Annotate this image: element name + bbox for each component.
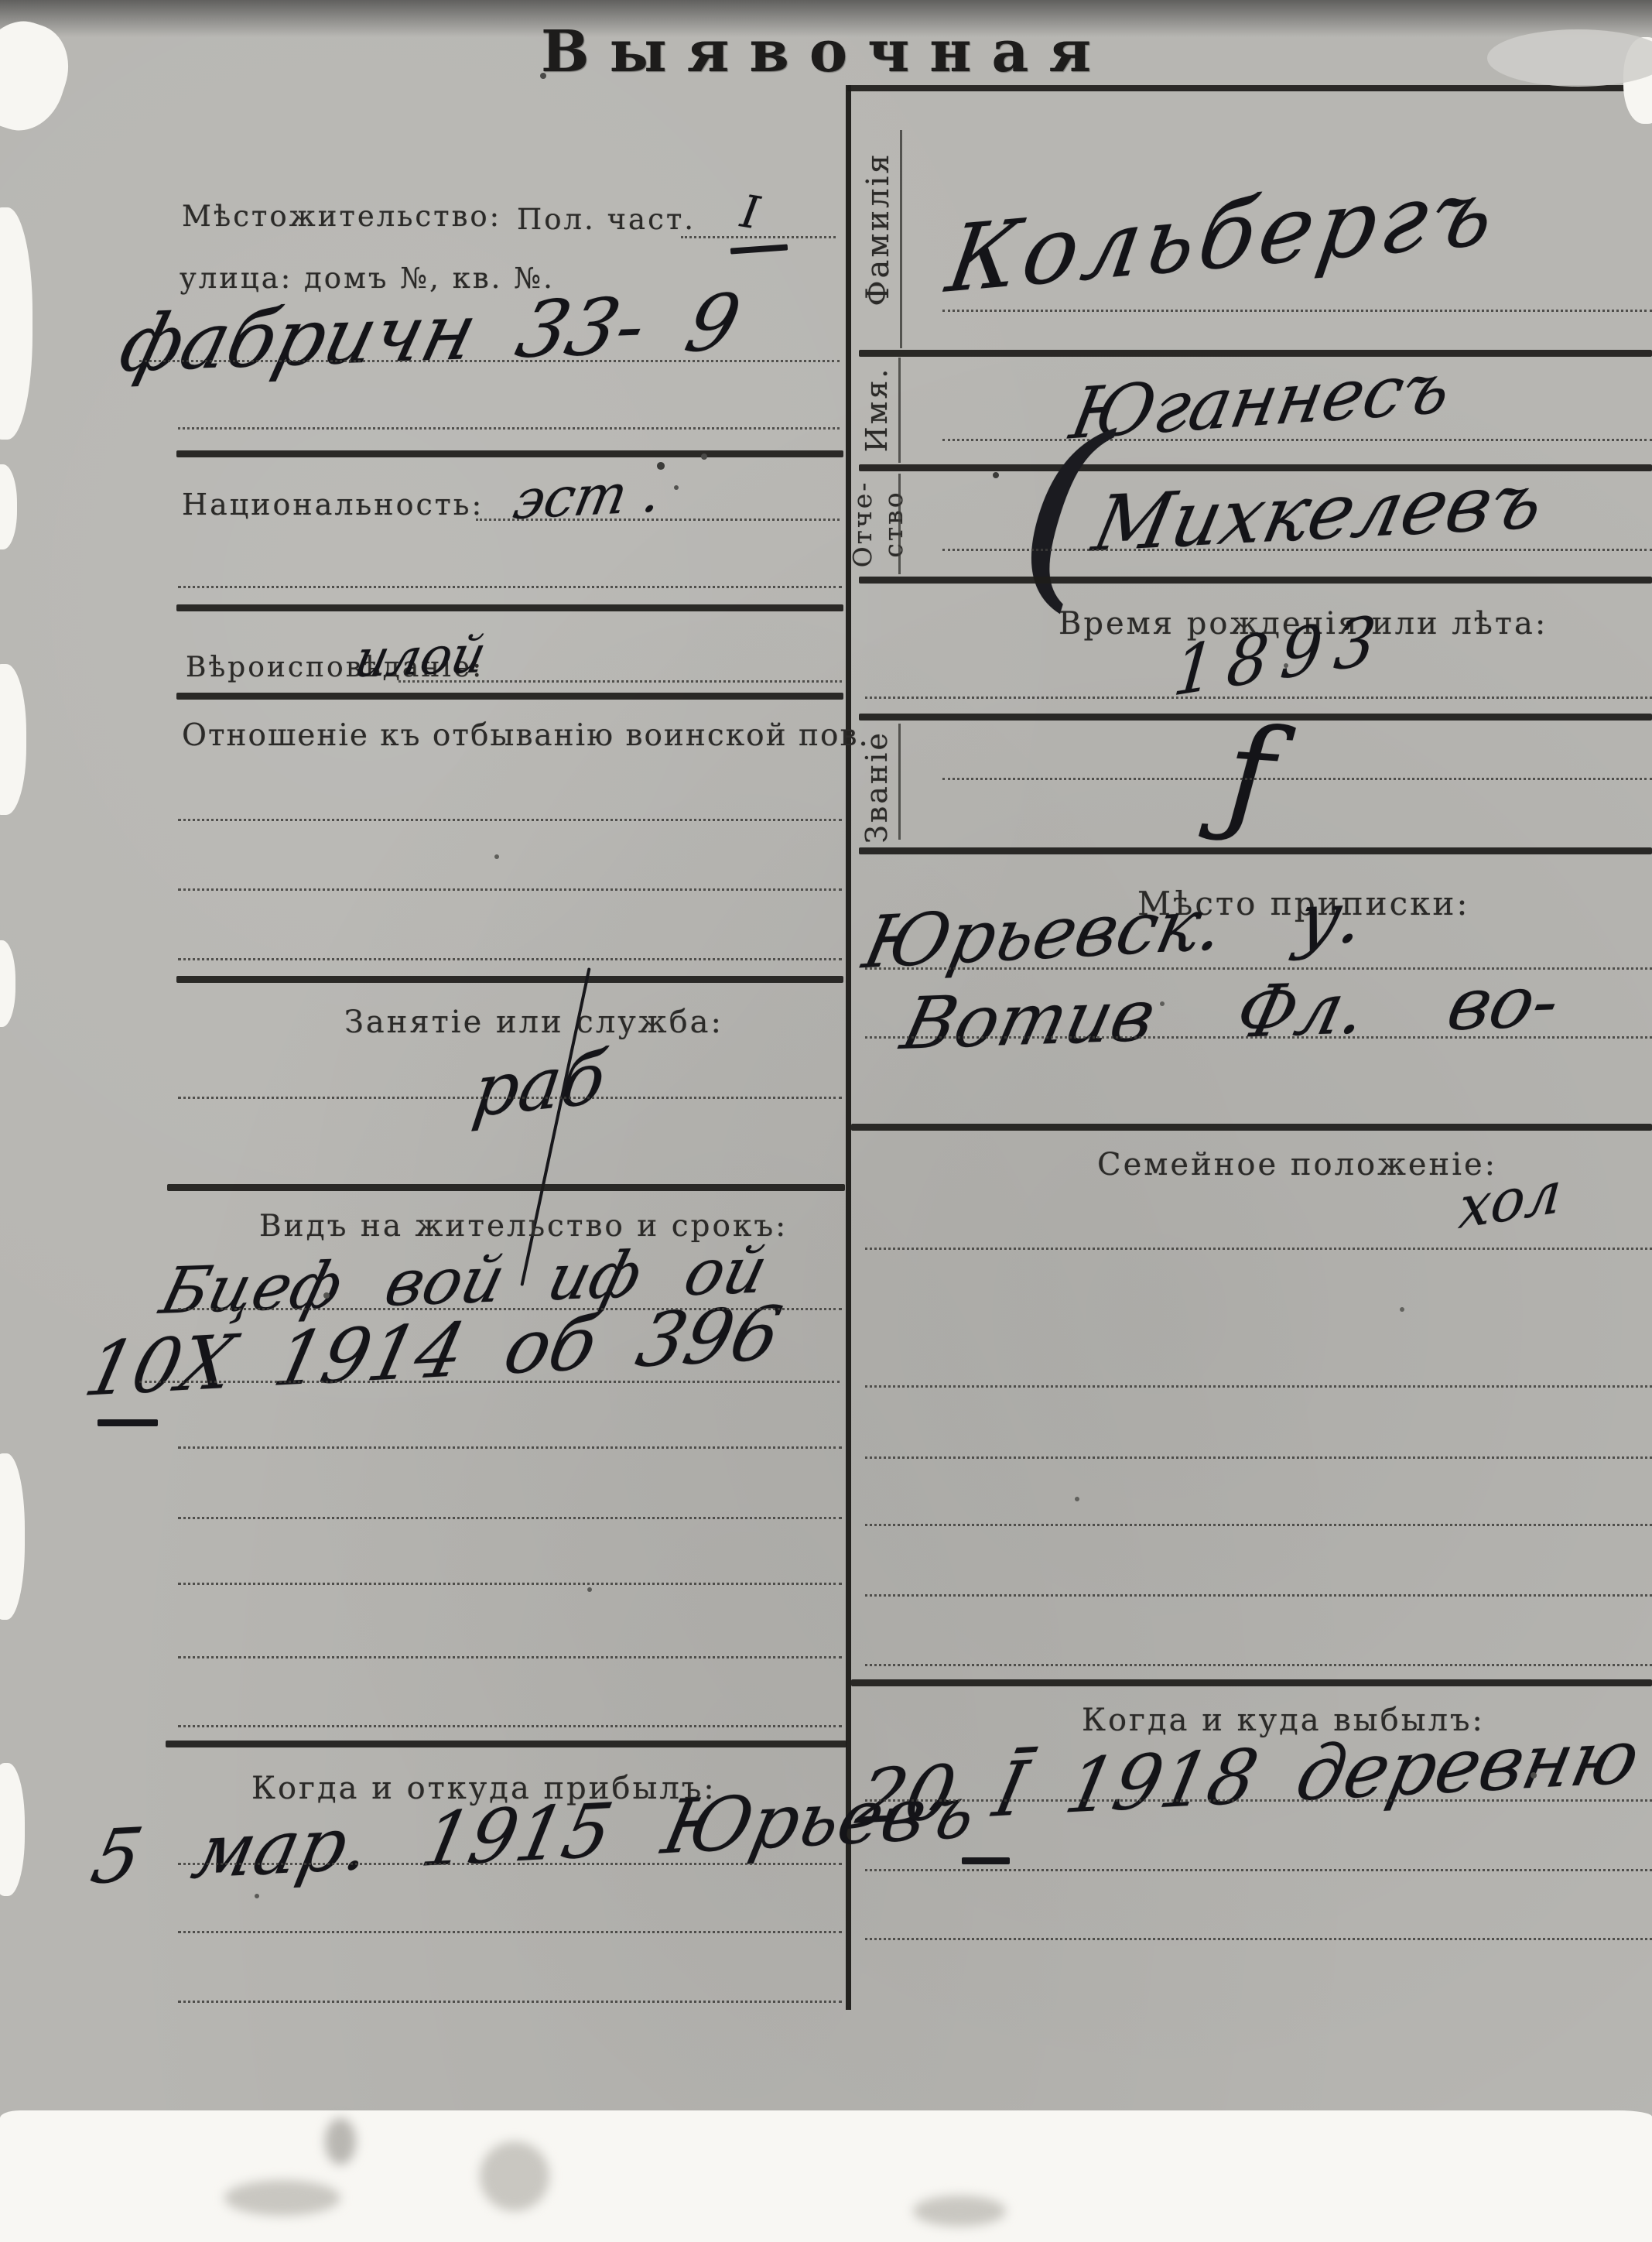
dotted-line — [178, 1583, 842, 1585]
rank-entry-flourish: ƒ — [1221, 699, 1278, 851]
smudge-mark — [480, 2141, 549, 2211]
dotted-line — [865, 1869, 1652, 1871]
field-bracket — [898, 724, 901, 840]
military-service-label: Отношеніе къ отбыванію воинской пов. — [182, 718, 870, 753]
occupation-label: Занятіе или служба: — [344, 1005, 723, 1040]
dotted-line — [139, 1381, 840, 1383]
dotted-line — [865, 697, 1652, 699]
dotted-line — [178, 2001, 842, 2003]
nationality-label: Национальность: — [182, 488, 484, 522]
dotted-line — [865, 1799, 1652, 1802]
police-part-entry-handwritten: I — [737, 185, 763, 240]
dotted-line — [398, 680, 842, 683]
torn-edge — [0, 464, 17, 549]
handwritten-underline — [97, 1419, 158, 1426]
patronymic-label-line1: Отче- — [847, 472, 878, 576]
card-title: Выявочная — [0, 19, 1652, 85]
smudge-mark — [325, 2118, 356, 2165]
first-name-label: Имя. — [860, 363, 894, 456]
surname-label: Фамилія — [860, 152, 896, 306]
patronymic-entry-handwritten: Михкелевъ — [1086, 457, 1551, 570]
rule-line — [859, 847, 1652, 854]
dotted-line — [865, 1664, 1652, 1666]
dotted-line — [139, 360, 840, 362]
dotted-line — [865, 1938, 1652, 1940]
rule-line — [176, 976, 843, 983]
dotted-line — [942, 549, 1652, 551]
dotted-line — [681, 236, 836, 238]
document-scan: Выявочная Мѣстожительство: Пол. част. I … — [0, 0, 1652, 2242]
dotted-line — [865, 1248, 1652, 1250]
field-bracket — [900, 130, 902, 348]
surname-entry-handwritten: Кольбергъ — [940, 157, 1506, 313]
rule-line — [166, 1741, 847, 1747]
paper-specks — [0, 0, 3, 3]
dotted-line — [178, 888, 842, 891]
dotted-line — [865, 1456, 1652, 1459]
dotted-line — [178, 586, 842, 588]
dotted-line — [178, 1863, 842, 1865]
torn-edge — [0, 1763, 25, 1896]
rule-line — [851, 1679, 1652, 1686]
rule-line — [176, 450, 843, 457]
dotted-line — [178, 1656, 842, 1658]
occupation-entry-handwritten: раб — [468, 1035, 611, 1134]
field-bracket — [898, 474, 901, 574]
scanner-background — [0, 2110, 1652, 2242]
handwritten-underline — [962, 1857, 1010, 1864]
religion-entry-handwritten: илой — [350, 625, 491, 689]
dotted-line — [942, 778, 1652, 780]
torn-edge — [0, 664, 26, 815]
dotted-line — [865, 1524, 1652, 1526]
family-status-label: Семейное положеніе: — [1097, 1147, 1497, 1183]
dotted-line — [178, 1931, 842, 1933]
field-bracket — [898, 358, 901, 463]
dotted-line — [178, 1517, 842, 1519]
dotted-line — [865, 1036, 1652, 1039]
dotted-line — [865, 1385, 1652, 1388]
registration-card: Выявочная Мѣстожительство: Пол. част. I … — [0, 0, 1652, 2119]
rule-line — [859, 350, 1652, 357]
dotted-line — [476, 519, 840, 521]
dotted-line — [178, 1308, 842, 1310]
nationality-entry-handwritten: эст . — [508, 460, 667, 532]
dotted-line — [178, 1446, 842, 1449]
dotted-line — [178, 1097, 842, 1099]
column-divider — [846, 85, 851, 2010]
rule-line — [176, 693, 843, 700]
patronymic-label-line2: ство — [878, 472, 909, 576]
rule-line — [847, 85, 1652, 91]
residence-label: Мѣстожительство: — [182, 200, 501, 233]
dotted-line — [942, 310, 1652, 312]
dotted-line — [865, 1594, 1652, 1597]
dotted-line — [178, 427, 840, 430]
rule-line — [176, 604, 843, 611]
rule-line — [859, 577, 1652, 584]
smudge-mark — [224, 2180, 340, 2216]
handwritten-underline — [730, 244, 788, 254]
rule-line — [851, 1124, 1652, 1131]
dotted-line — [178, 819, 842, 821]
torn-edge — [0, 940, 15, 1027]
torn-edge — [0, 1453, 25, 1620]
torn-edge — [0, 207, 32, 440]
residence-part-label: Пол. част. — [517, 203, 696, 236]
rule-line — [167, 1184, 845, 1191]
dotted-line — [178, 958, 842, 960]
rank-label: Званіе — [860, 717, 894, 857]
dotted-line — [178, 1725, 842, 1727]
smudge-mark — [913, 2196, 1006, 2227]
